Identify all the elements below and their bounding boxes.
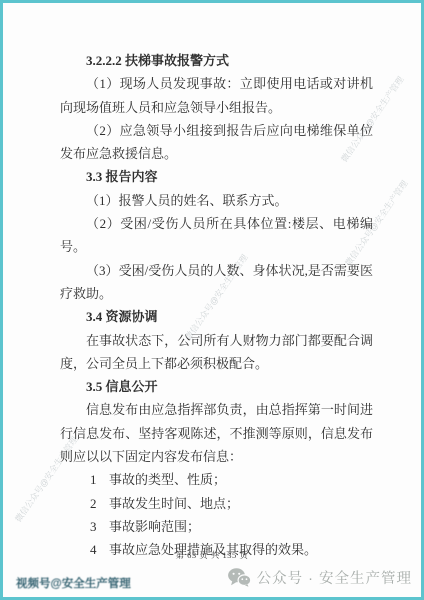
document-body: 3.2.2.2 扶梯事故报警方式（1）现场人员发现事故：立即使用电话或对讲机向现… [60, 49, 373, 562]
list-item-number: 3 [90, 515, 109, 538]
list-item-text: 事故影响范围； [109, 515, 373, 538]
section-heading: 3.2.2.2 扶梯事故报警方式 [60, 49, 373, 72]
official-account-label: 公众号 · 安全生产管理 [257, 567, 412, 588]
paragraph: （1）现场人员发现事故：立即使用电话或对讲机向现场值班人员和应急领导小组报告。 [60, 72, 373, 119]
list-item: 1事故的类型、性质； [60, 468, 373, 491]
list-item-number: 2 [90, 492, 109, 515]
list-item-number: 1 [90, 468, 109, 491]
list-item: 2事故发生时间、地点； [60, 492, 373, 515]
page-number-footer: 第 63 页 共 135 页 [3, 549, 421, 561]
video-channel-watermark: 视频号@安全生产管理 [16, 575, 131, 591]
paragraph: （2）受困/受伤人员所在具体位置:楼层、电梯编号。 [60, 212, 373, 259]
document-page: 微信公众号@安全生产管理 微信公众号@安全生产管理 微信公众号@安全生产管理 微… [0, 0, 424, 600]
section-heading: 3.5 信息公开 [60, 375, 373, 398]
list-item: 3事故影响范围； [60, 515, 373, 538]
list-item-text: 事故发生时间、地点； [109, 492, 373, 515]
list-item-text: 事故的类型、性质； [109, 468, 373, 491]
paragraph: （3）受困/受伤人员的人数、身体状况,是否需要医疗救助。 [60, 259, 373, 306]
official-account-banner: 公众号 · 安全生产管理 [228, 567, 412, 588]
wechat-icon [228, 568, 251, 587]
paragraph: 在事故状态下，公司所有人财物力部门都要配合调度，公司全员上下都必须积极配合。 [60, 329, 373, 376]
section-heading: 3.4 资源协调 [60, 305, 373, 328]
paragraph: 信息发布由应急指挥部负责，由总指挥第一时间进行信息发布、坚持客观陈述，不推测等原… [60, 398, 373, 468]
section-heading: 3.3 报告内容 [60, 165, 373, 188]
paragraph: （2）应急领导小组接到报告后应向电梯维保单位发布应急救援信息。 [60, 119, 373, 166]
paragraph: （1）报警人员的姓名、联系方式。 [60, 189, 373, 212]
